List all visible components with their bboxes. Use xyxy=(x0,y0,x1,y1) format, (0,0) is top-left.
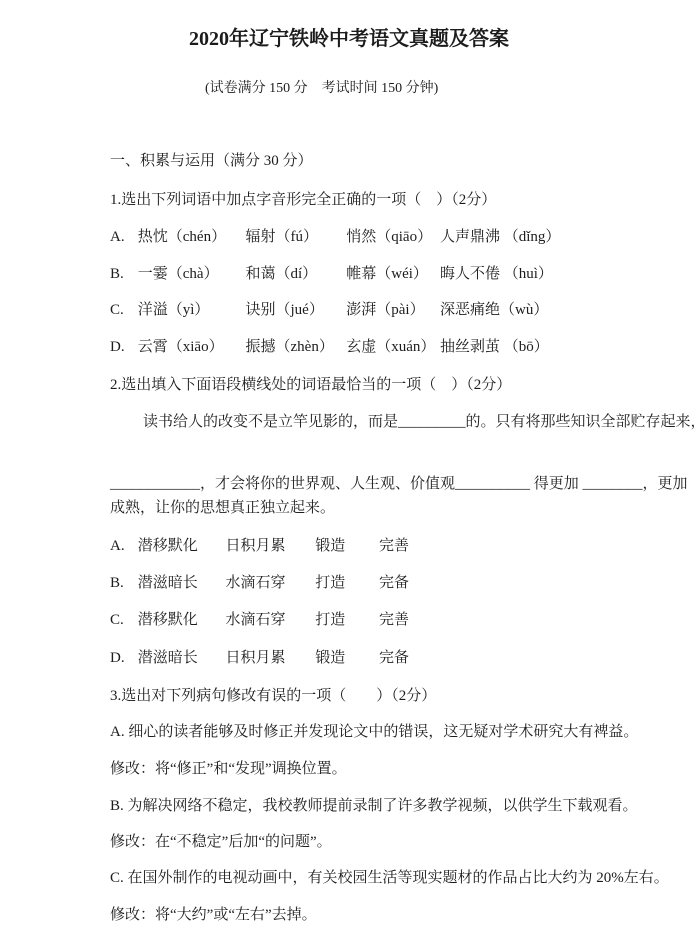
word-item: 洋溢（yì） xyxy=(138,301,242,320)
q2-option-c: C. 潜移默化 水滴石穿 打造 完善 xyxy=(110,611,409,630)
option-label: A. xyxy=(110,228,134,247)
page-title: 2020年辽宁铁岭中考语文真题及答案 xyxy=(0,30,698,49)
word-item: 水滴石穿 xyxy=(226,611,312,630)
word-item: 锻造 xyxy=(315,537,375,556)
option-label: A. xyxy=(110,537,134,556)
word-item: 振撼（zhèn） xyxy=(246,338,343,357)
word-item: 帷幕（wéi） xyxy=(346,265,436,284)
word-item: 一霎（chà） xyxy=(138,265,242,284)
exam-subtitle: (试卷满分 150 分 考试时间 150 分钟) xyxy=(205,79,438,98)
option-label: B. xyxy=(110,265,134,284)
q1-option-d: D. 云霄（xiāo） 振撼（zhèn） 玄虚（xuán） 抽丝剥茧 （bō） xyxy=(110,338,549,357)
word-item: 水滴石穿 xyxy=(226,574,312,593)
option-label: C. xyxy=(110,611,134,630)
word-item: 打造 xyxy=(315,611,375,630)
word-item: 晦人不倦 （huì） xyxy=(440,265,553,284)
q2-option-a: A. 潜移默化 日积月累 锻造 完善 xyxy=(110,537,409,556)
word-item: 完备 xyxy=(379,649,409,668)
word-item: 完善 xyxy=(379,537,409,556)
word-item: 锻造 xyxy=(315,649,375,668)
q3-fix-b: 修改：在“不稳定”后加“的问题”。 xyxy=(110,833,332,852)
word-item: 和蔼（dí） xyxy=(246,265,343,284)
word-item: 玄虚（xuán） xyxy=(346,338,436,357)
option-label: B. xyxy=(110,574,134,593)
q2-passage-line1: 读书给人的改变不是立竿见影的，而是_________的。只有将那些知识全部贮存起… xyxy=(143,413,698,432)
q2-stem: 2.选出填入下面语段横线处的词语最恰当的一项（ ）（2分） xyxy=(110,376,511,395)
word-item: 潜移默化 xyxy=(138,611,222,630)
word-item: 打造 xyxy=(315,574,375,593)
q3-sentence-a: A. 细心的读者能够及时修正并发现论文中的错误，这无疑对学术研究大有裨益。 xyxy=(110,723,638,742)
option-label: D. xyxy=(110,649,134,668)
word-item: 潜滋暗长 xyxy=(138,574,222,593)
word-item: 人声鼎沸 （dǐng） xyxy=(440,228,560,247)
word-item: 悄然（qiāo） xyxy=(346,228,436,247)
word-item: 完善 xyxy=(379,611,409,630)
option-label: C. xyxy=(110,301,134,320)
q3-fix-c: 修改：将“大约”或“左右”去掉。 xyxy=(110,906,317,925)
q1-stem: 1.选出下列词语中加点字音形完全正确的一项（ ）（2分） xyxy=(110,191,496,210)
q2-passage-line3: 成熟，让你的思想真正独立起来。 xyxy=(110,499,335,518)
word-item: 诀别（jué） xyxy=(246,301,343,320)
word-item: 完备 xyxy=(379,574,409,593)
word-item: 日积月累 xyxy=(226,649,312,668)
section-heading: 一、积累与运用（满分 30 分） xyxy=(110,152,313,171)
word-item: 抽丝剥茧 （bō） xyxy=(440,338,549,357)
q3-stem: 3.选出对下列病句修改有误的一项（ ）（2分） xyxy=(110,687,436,706)
option-label: D. xyxy=(110,338,134,357)
exam-document-page: { "header": { "title": "2020年辽宁铁岭中考语文真题及… xyxy=(0,0,698,932)
q2-passage-line2: ____________，才会将你的世界观、人生观、价值观__________ … xyxy=(110,475,688,494)
q3-sentence-b: B. 为解决网络不稳定，我校教师提前录制了许多教学视频，以供学生下载观看。 xyxy=(110,797,638,816)
q1-option-a: A. 热忱（chén） 辐射（fú） 悄然（qiāo） 人声鼎沸 （dǐng） xyxy=(110,228,560,247)
q3-sentence-c: C. 在国外制作的电视动画中，有关校园生活等现实题材的作品占比大约为 20%左右… xyxy=(110,869,669,888)
q3-fix-a: 修改：将“修正”和“发现”调换位置。 xyxy=(110,760,347,779)
word-item: 辐射（fú） xyxy=(246,228,343,247)
q2-option-b: B. 潜滋暗长 水滴石穿 打造 完备 xyxy=(110,574,409,593)
word-item: 潜滋暗长 xyxy=(138,649,222,668)
word-item: 云霄（xiāo） xyxy=(138,338,242,357)
q2-option-d: D. 潜滋暗长 日积月累 锻造 完备 xyxy=(110,649,409,668)
word-item: 澎湃（pài） xyxy=(346,301,436,320)
word-item: 热忱（chén） xyxy=(138,228,242,247)
word-item: 深恶痛绝（wù） xyxy=(440,301,548,320)
word-item: 日积月累 xyxy=(226,537,312,556)
q1-option-c: C. 洋溢（yì） 诀别（jué） 澎湃（pài） 深恶痛绝（wù） xyxy=(110,301,548,320)
q1-option-b: B. 一霎（chà） 和蔼（dí） 帷幕（wéi） 晦人不倦 （huì） xyxy=(110,265,553,284)
word-item: 潜移默化 xyxy=(138,537,222,556)
